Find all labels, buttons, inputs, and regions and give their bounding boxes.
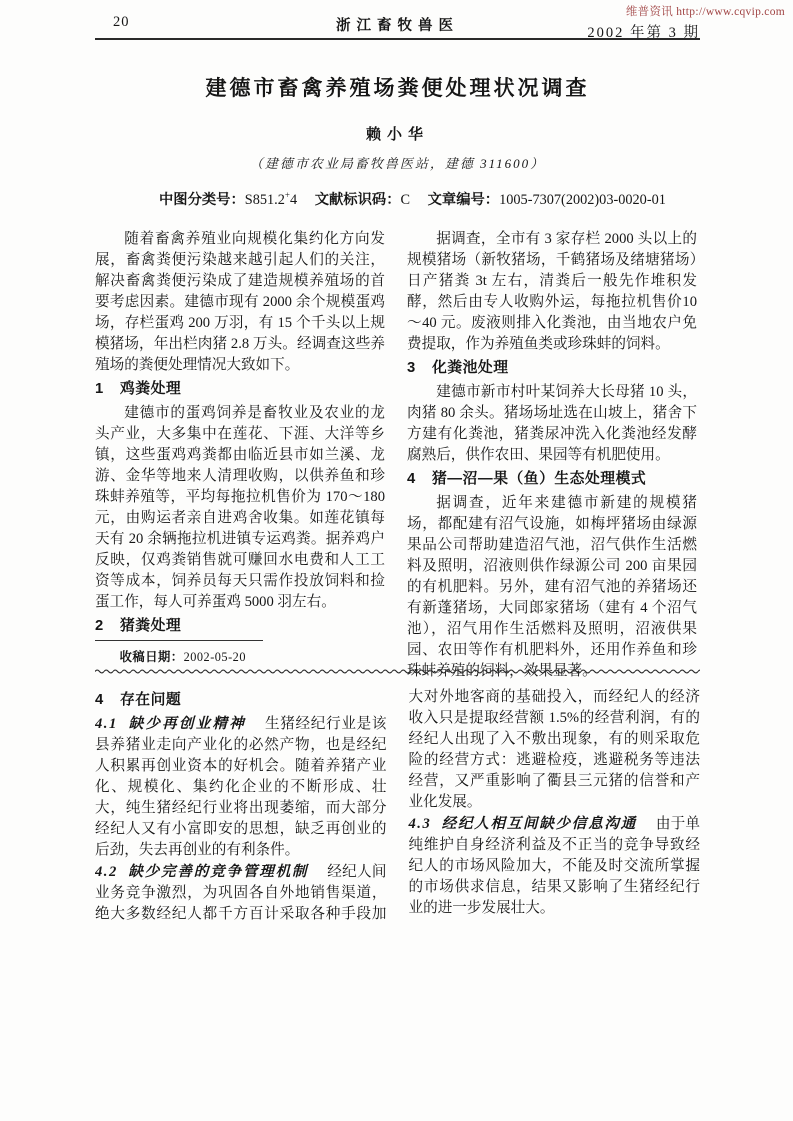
page-number: 20 <box>113 14 130 31</box>
author-name: 赖小华 <box>95 123 700 144</box>
article-meta-line: 中图分类号：S851.2+4 文献标识码：C 文章编号：1005-7307(20… <box>95 189 700 209</box>
doc-code-label: 文献标识码： <box>315 192 401 208</box>
left-column: 随着畜禽养殖业向规模化集约化方向发展，畜禽粪便污染越来越引起人们的关注，解决畜禽… <box>95 229 385 661</box>
subsection-4-2-title: 缺少完善的竞争管理机制 <box>128 864 308 880</box>
section-1-heading: 1鸡粪处理 <box>95 379 385 400</box>
article-id-label: 文章编号： <box>428 192 499 208</box>
article-title: 建德市畜禽养殖场粪便处理状况调查 <box>95 72 700 102</box>
article-body: 随着畜禽养殖业向规模化集约化方向发展，畜禽粪便污染越来越引起人们的关注，解决畜禽… <box>95 229 700 661</box>
subsection-4-2-number: 4.2 <box>95 864 118 880</box>
problems-heading: 4存在问题 <box>95 690 387 711</box>
subsection-4-3-number: 4.3 <box>409 816 432 832</box>
journal-name: 浙江畜牧兽医 <box>336 14 459 35</box>
section-4-heading: 4猪—沼—果（鱼）生态处理模式 <box>407 469 697 490</box>
received-date-value: 2002-05-20 <box>184 650 246 664</box>
wavy-divider <box>95 668 700 675</box>
subsection-4-1-title: 缺少再创业精神 <box>128 716 246 732</box>
page-header: 20 浙江畜牧兽医 2002 年第 3 期 <box>95 12 700 38</box>
section-3-body: 建德市新市村叶某饲养大长母猪 10 头，肉猪 80 余头。猪场场址选在山坡上，猪… <box>407 382 697 466</box>
section-2-heading: 2猪粪处理 <box>95 616 385 637</box>
section-4-body: 据调查，近年来建德市新建的规模猪场，都配建有沼气设施，如梅坪猪场由绿源果品公司帮… <box>407 493 697 682</box>
received-date-text: 收稿日期：2002-05-20 <box>95 647 385 665</box>
section-1-body: 建德市的蛋鸡饲养是畜牧业及农业的龙头产业，大多集中在莲花、下涯、大洋等乡镇，这些… <box>95 403 385 613</box>
author-affiliation: （建德市农业局畜牧兽医站，建德 311600） <box>95 153 700 172</box>
footnote-rule <box>95 640 263 641</box>
right-column: 据调查，全市有 3 家存栏 2000 头以上的规模猪场（新牧猪场，千鹤猪场及绪塘… <box>407 229 697 661</box>
subsection-4-3: 4.3经纪人相互间缺少信息沟通由于单纯维护自身经济利益及不正当的竞争导致经纪人的… <box>409 814 701 919</box>
intro-paragraph: 随着畜禽养殖业向规模化集约化方向发展，畜禽粪便污染越来越引起人们的关注，解决畜禽… <box>95 229 385 376</box>
section-3-heading: 3化粪池处理 <box>407 358 697 379</box>
continued-article: 4存在问题 4.1缺少再创业精神生猪经纪行业是该县养猪业走向产业化的必然产物，也… <box>95 687 700 935</box>
received-date-note: 收稿日期：2002-05-20 <box>95 640 385 667</box>
clc-label: 中图分类号： <box>159 192 245 208</box>
section-2-body: 据调查，全市有 3 家存栏 2000 头以上的规模猪场（新牧猪场，千鹤猪场及绪塘… <box>407 229 697 355</box>
subsection-4-1-number: 4.1 <box>95 716 118 732</box>
journal-page: 维普资讯 http://www.cqvip.com 20 浙江畜牧兽医 2002… <box>0 0 793 1121</box>
issue-label: 2002 年第 3 期 <box>587 21 700 42</box>
subsection-4-1: 4.1缺少再创业精神生猪经纪行业是该县养猪业走向产业化的必然产物，也是经纪人积累… <box>95 714 387 861</box>
subsection-4-3-title: 经纪人相互间缺少信息沟通 <box>441 816 636 832</box>
article-id-value: 1005-7307(2002)03-0020-01 <box>499 192 666 208</box>
clc-value: S851.2+4 <box>245 192 297 208</box>
doc-code-value: C <box>401 192 411 208</box>
received-date-label: 收稿日期： <box>120 650 184 664</box>
subsection-4-1-body: 生猪经纪行业是该县养猪业走向产业化的必然产物，也是经纪人积累再创业资本的好机会。… <box>95 716 387 858</box>
